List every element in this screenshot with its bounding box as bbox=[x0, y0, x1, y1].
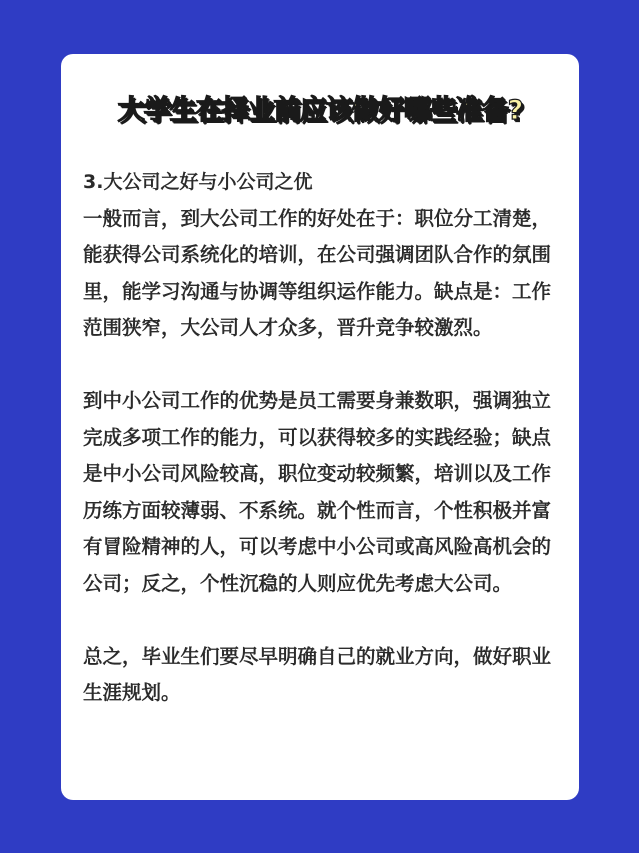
content-card: 大学生在择业前应该做好哪些准备? 3.大公司之好与小公司之优 一般而言，到大公司… bbox=[61, 54, 579, 800]
paragraph-small-company: 到中小公司工作的优势是员工需要身兼数职，强调独立完成多项工作的能力，可以获得较多… bbox=[83, 383, 563, 602]
paragraph-conclusion: 总之，毕业生们要尽早明确自己的就业方向，做好职业生涯规划。 bbox=[83, 639, 563, 712]
article-body: 3.大公司之好与小公司之优 一般而言，到大公司工作的好处在于：职位分工清楚，能获… bbox=[83, 164, 563, 712]
paragraph-large-company: 一般而言，到大公司工作的好处在于：职位分工清楚，能获得公司系统化的培训，在公司强… bbox=[83, 201, 563, 347]
section-heading: 3.大公司之好与小公司之优 bbox=[83, 164, 563, 201]
page-title: 大学生在择业前应该做好哪些准备? bbox=[61, 88, 579, 127]
